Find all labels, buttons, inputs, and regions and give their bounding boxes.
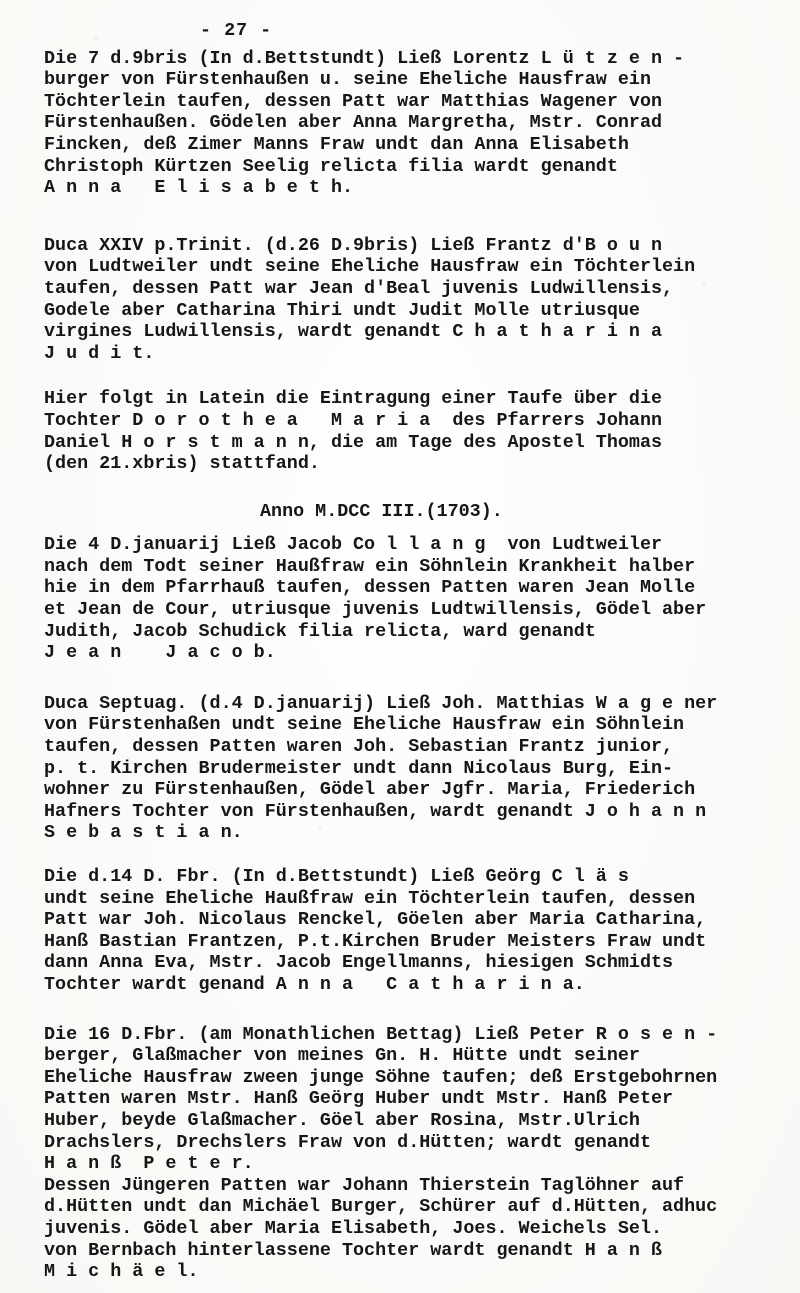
note-latin-entry-horstmann: Hier folgt in Latein die Eintragung eine… <box>44 388 782 474</box>
baptism-entry-boun: Duca XXIV p.Trinit. (d.26 D.9bris) Ließ … <box>44 235 782 365</box>
document-page: - 27 - Die 7 d.9bris (In d.Bettstundt) L… <box>0 0 800 1293</box>
page-number: - 27 - <box>200 20 782 42</box>
baptism-entry-wagener: Duca Septuag. (d.4 D.januarij) Ließ Joh.… <box>44 693 782 844</box>
baptism-entry-collang: Die 4 D.januarij Ließ Jacob Co l l a n g… <box>44 534 782 664</box>
baptism-entry-lutzenburger: Die 7 d.9bris (In d.Bettstundt) Ließ Lor… <box>44 48 782 199</box>
baptism-entry-rosenberger: Die 16 D.Fbr. (am Monathlichen Bettag) L… <box>44 1024 782 1283</box>
baptism-entry-clas: Die d.14 D. Fbr. (In d.Bettstundt) Ließ … <box>44 866 782 996</box>
year-heading-1703: Anno M.DCC III.(1703). <box>260 501 782 523</box>
